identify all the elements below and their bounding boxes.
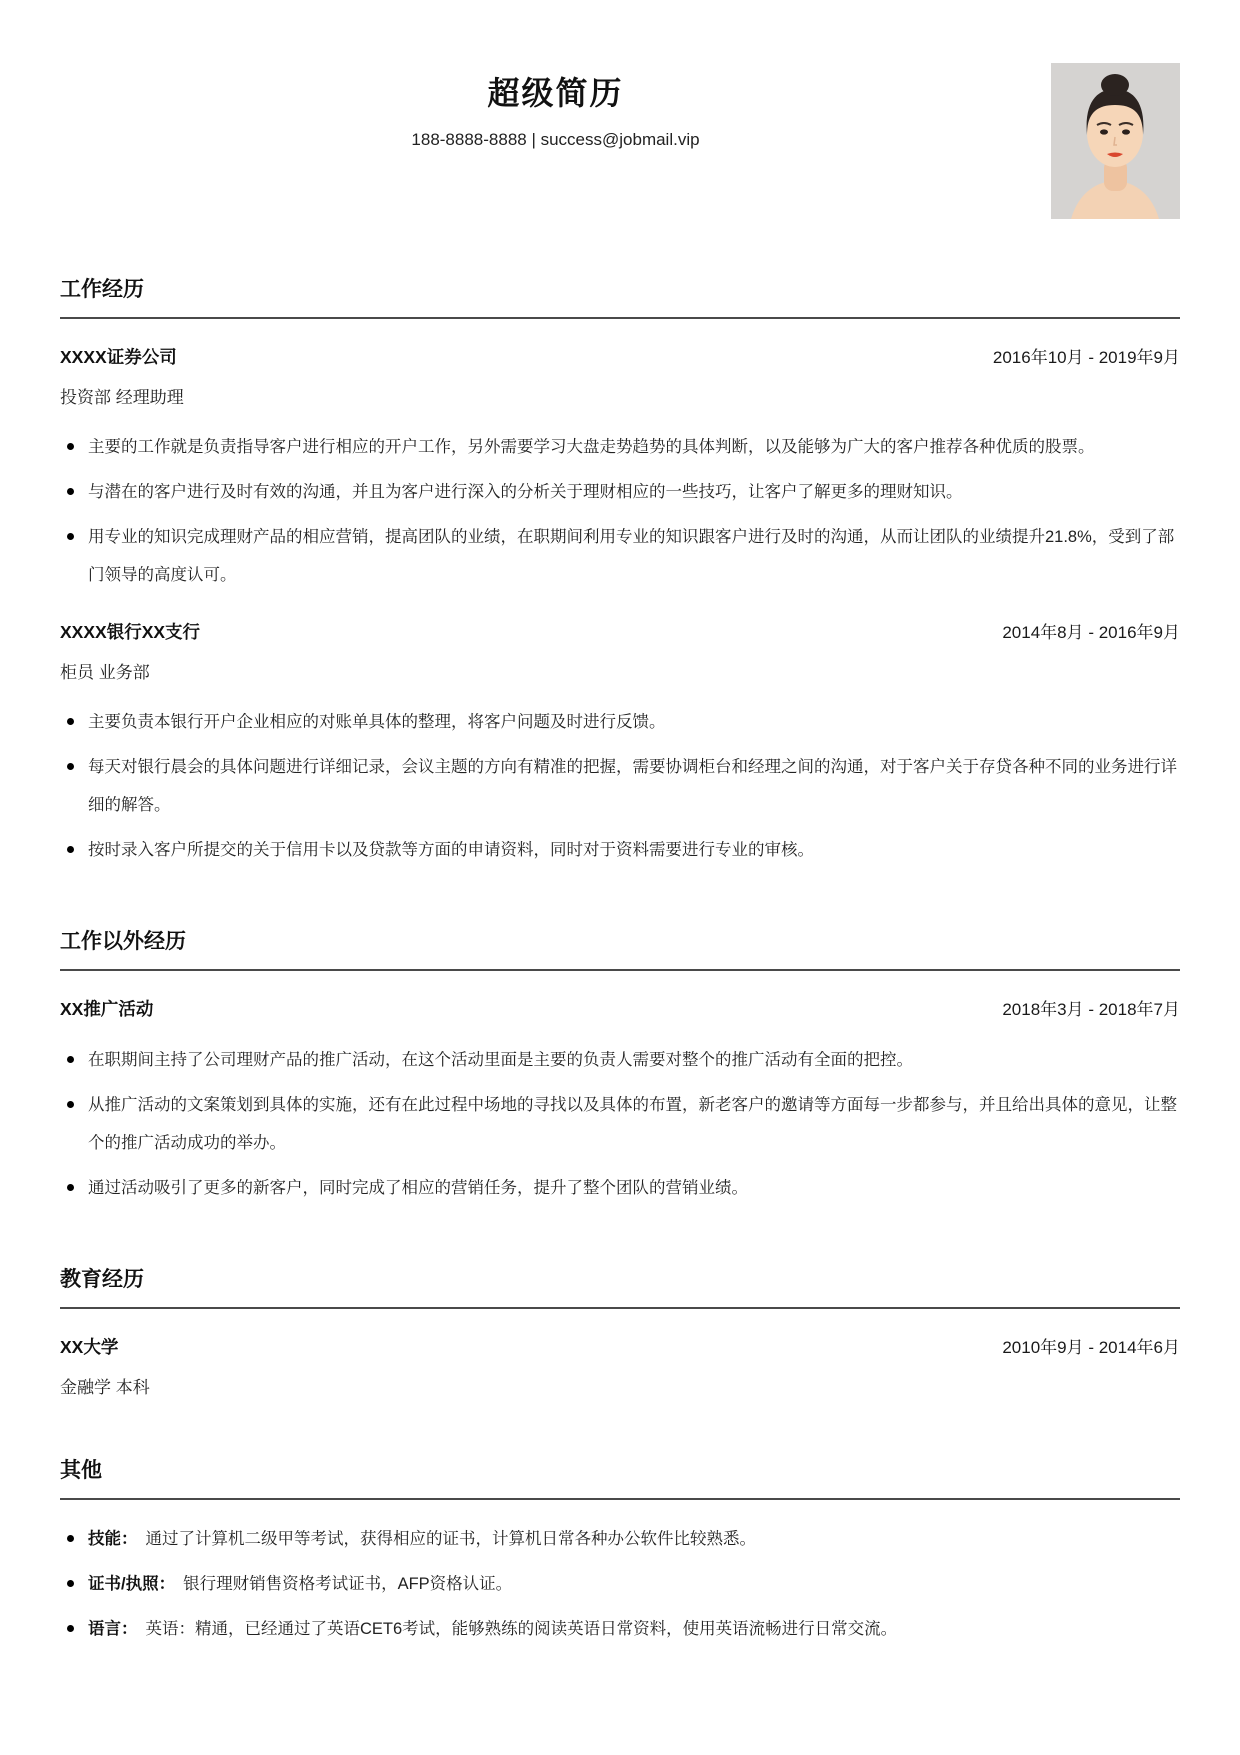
section-title: 其他 [60, 1454, 1180, 1500]
bullet-item: 与潜在的客户进行及时有效的沟通，并且为客户进行深入的分析关于理财相应的一些技巧，… [60, 473, 1180, 511]
entry-header: XXXX证券公司 2016年10月 - 2019年9月 [60, 343, 1180, 369]
profile-photo [1051, 63, 1180, 219]
bullet-text: 在职期间主持了公司理财产品的推广活动，在这个活动里面是主要的负责人需要对整个的推… [88, 1051, 913, 1069]
entry-header: XX大学 2010年9月 - 2014年6月 [60, 1333, 1180, 1359]
entry-org: XXXX银行XX支行 [60, 619, 200, 644]
bullet-icon [67, 846, 74, 853]
section-title: 工作经历 [60, 273, 1180, 319]
other-item-label: 语言： [88, 1620, 138, 1638]
entry-bullets: 在职期间主持了公司理财产品的推广活动，在这个活动里面是主要的负责人需要对整个的推… [60, 1041, 1180, 1207]
contact-info: 188-8888-8888 | success@jobmail.vip [60, 130, 1051, 150]
bullet-item: 用专业的知识完成理财产品的相应营销，提高团队的业绩，在职期间利用专业的知识跟客户… [60, 518, 1180, 594]
resume-page: 超级简历 188-8888-8888 | success@jobmail.vip [0, 0, 1240, 1755]
entry-dates: 2016年10月 - 2019年9月 [993, 343, 1180, 368]
entry-dates: 2014年8月 - 2016年9月 [1002, 618, 1180, 643]
bullet-item: 从推广活动的文案策划到具体的实施，还有在此过程中场地的寻找以及具体的布置，新老客… [60, 1086, 1180, 1162]
entry-org: XX推广活动 [60, 996, 153, 1021]
work-entry: XXXX证券公司 2016年10月 - 2019年9月 投资部 经理助理 主要的… [60, 343, 1180, 594]
bullet-icon [67, 1535, 74, 1542]
bullet-icon [67, 1101, 74, 1108]
entry-header: XX推广活动 2018年3月 - 2018年7月 [60, 995, 1180, 1021]
bullet-icon [67, 443, 74, 450]
other-item: 语言：英语：精通，已经通过了英语CET6考试，能够熟练的阅读英语日常资料，使用英… [60, 1610, 1180, 1648]
bullet-text: 按时录入客户所提交的关于信用卡以及贷款等方面的申请资料，同时对于资料需要进行专业… [88, 841, 814, 859]
other-item-label: 技能： [88, 1530, 138, 1548]
entry-bullets: 主要的工作就是负责指导客户进行相应的开户工作，另外需要学习大盘走势趋势的具体判断… [60, 428, 1180, 594]
header-text-block: 超级简历 188-8888-8888 | success@jobmail.vip [60, 56, 1051, 150]
other-item: 证书/执照：银行理财销售资格考试证书，AFP资格认证。 [60, 1565, 1180, 1603]
other-item-text: 通过了计算机二级甲等考试，获得相应的证书，计算机日常各种办公软件比较熟悉。 [146, 1530, 757, 1548]
education-entry: XX大学 2010年9月 - 2014年6月 金融学 本科 [60, 1333, 1180, 1398]
entry-bullets: 主要负责本银行开户企业相应的对账单具体的整理，将客户问题及时进行反馈。 每天对银… [60, 703, 1180, 869]
bullet-text: 用专业的知识完成理财产品的相应营销，提高团队的业绩，在职期间利用专业的知识跟客户… [88, 528, 1174, 584]
section-extra-experience: 工作以外经历 XX推广活动 2018年3月 - 2018年7月 在职期间主持了公… [60, 925, 1180, 1207]
extra-entry: XX推广活动 2018年3月 - 2018年7月 在职期间主持了公司理财产品的推… [60, 995, 1180, 1207]
entry-org: XX大学 [60, 1334, 118, 1359]
entry-role: 柜员 业务部 [60, 658, 1180, 683]
bullet-icon [67, 488, 74, 495]
bullet-item: 在职期间主持了公司理财产品的推广活动，在这个活动里面是主要的负责人需要对整个的推… [60, 1041, 1180, 1079]
other-item-text: 银行理财销售资格考试证书，AFP资格认证。 [183, 1575, 512, 1593]
bullet-item: 主要的工作就是负责指导客户进行相应的开户工作，另外需要学习大盘走势趋势的具体判断… [60, 428, 1180, 466]
resume-header: 超级简历 188-8888-8888 | success@jobmail.vip [60, 56, 1180, 221]
entry-dates: 2010年9月 - 2014年6月 [1002, 1333, 1180, 1358]
bullet-icon [67, 1056, 74, 1063]
bullet-text: 通过活动吸引了更多的新客户，同时完成了相应的营销任务，提升了整个团队的营销业绩。 [88, 1179, 748, 1197]
other-item-label: 证书/执照： [88, 1575, 175, 1593]
bullet-text: 主要的工作就是负责指导客户进行相应的开户工作，另外需要学习大盘走势趋势的具体判断… [88, 438, 1095, 456]
bullet-item: 主要负责本银行开户企业相应的对账单具体的整理，将客户问题及时进行反馈。 [60, 703, 1180, 741]
other-item: 技能：通过了计算机二级甲等考试，获得相应的证书，计算机日常各种办公软件比较熟悉。 [60, 1520, 1180, 1558]
other-items: 技能：通过了计算机二级甲等考试，获得相应的证书，计算机日常各种办公软件比较熟悉。… [60, 1520, 1180, 1648]
entry-role: 金融学 本科 [60, 1373, 1180, 1398]
bullet-text: 从推广活动的文案策划到具体的实施，还有在此过程中场地的寻找以及具体的布置，新老客… [88, 1096, 1177, 1152]
bullet-item: 每天对银行晨会的具体问题进行详细记录，会议主题的方向有精准的把握，需要协调柜台和… [60, 748, 1180, 824]
bullet-icon [67, 718, 74, 725]
bullet-item: 通过活动吸引了更多的新客户，同时完成了相应的营销任务，提升了整个团队的营销业绩。 [60, 1169, 1180, 1207]
entry-role: 投资部 经理助理 [60, 383, 1180, 408]
entry-org: XXXX证券公司 [60, 344, 177, 369]
bullet-icon [67, 1625, 74, 1632]
bullet-icon [67, 763, 74, 770]
resume-title: 超级简历 [60, 68, 1051, 114]
entry-dates: 2018年3月 - 2018年7月 [1002, 995, 1180, 1020]
section-title: 工作以外经历 [60, 925, 1180, 971]
bullet-text: 与潜在的客户进行及时有效的沟通，并且为客户进行深入的分析关于理财相应的一些技巧，… [88, 483, 963, 501]
work-entry: XXXX银行XX支行 2014年8月 - 2016年9月 柜员 业务部 主要负责… [60, 618, 1180, 869]
bullet-icon [67, 1580, 74, 1587]
other-item-text: 英语：精通，已经通过了英语CET6考试，能够熟练的阅读英语日常资料，使用英语流畅… [146, 1620, 898, 1638]
section-work-experience: 工作经历 XXXX证券公司 2016年10月 - 2019年9月 投资部 经理助… [60, 273, 1180, 869]
bullet-text: 每天对银行晨会的具体问题进行详细记录，会议主题的方向有精准的把握，需要协调柜台和… [88, 758, 1177, 814]
bullet-icon [67, 1184, 74, 1191]
bullet-icon [67, 533, 74, 540]
section-education: 教育经历 XX大学 2010年9月 - 2014年6月 金融学 本科 [60, 1263, 1180, 1398]
bullet-item: 按时录入客户所提交的关于信用卡以及贷款等方面的申请资料，同时对于资料需要进行专业… [60, 831, 1180, 869]
bullet-text: 主要负责本银行开户企业相应的对账单具体的整理，将客户问题及时进行反馈。 [88, 713, 666, 731]
portrait-photo-graphic [1051, 63, 1180, 219]
section-other: 其他 技能：通过了计算机二级甲等考试，获得相应的证书，计算机日常各种办公软件比较… [60, 1454, 1180, 1648]
section-title: 教育经历 [60, 1263, 1180, 1309]
entry-header: XXXX银行XX支行 2014年8月 - 2016年9月 [60, 618, 1180, 644]
